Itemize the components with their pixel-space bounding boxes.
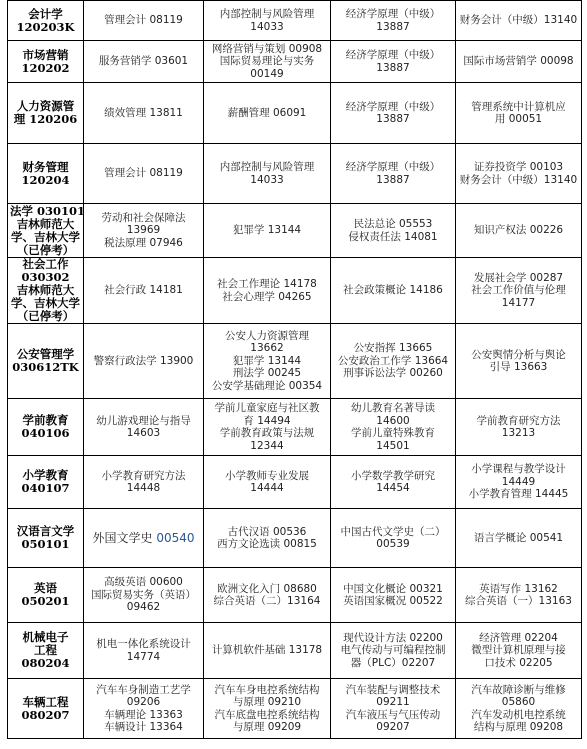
course-cell: 公安人力资源管理13662犯罪学 13144刑法学 00245公安学基础理论 0… (204, 324, 331, 399)
course-line: 内部控制与风险管理 (206, 161, 328, 174)
course-cell: 薪酬管理 06091 (204, 83, 331, 144)
course-line: 综合英语（二）13164 (206, 595, 328, 608)
course-cell: 绩效管理 13811 (84, 83, 204, 144)
course-line: 车辆理论 13363 (86, 709, 201, 722)
course-line: 社会工作理论 14178 (206, 278, 328, 291)
course-line: 与原理 09209 (206, 721, 328, 734)
course-line: 经济学原理（中级） (333, 49, 453, 62)
course-line: 机电一体化系统设计 (86, 638, 201, 651)
table-row: 小学教育040107小学教育研究方法14448小学教师专业发展14444小学数学… (8, 456, 582, 509)
course-cell: 经济学原理（中级）13887 (331, 83, 456, 144)
course-line: 税法原理 07946 (86, 237, 201, 250)
course-line: 公安政治工作学 13664 (333, 355, 453, 368)
course-line: 国际市场营销学 00098 (458, 55, 579, 68)
major-line: 120204 (10, 174, 81, 187)
course-line: 财务会计（中级）13140 (458, 174, 579, 187)
course-line: 14444 (206, 482, 328, 495)
major-line: （已停考） (10, 310, 81, 323)
course-line: 小学教师专业发展 (206, 470, 328, 483)
course-cell: 国际市场营销学 00098 (456, 41, 582, 83)
major-cell: 学前教育040106 (8, 399, 84, 456)
course-line: 14177 (458, 297, 579, 310)
course-line: 刑法学 00245 (206, 367, 328, 380)
course-cell: 汽车车身制造工艺学09206车辆理论 13363车辆设计 13364 (84, 679, 204, 739)
course-line: 财务会计（中级）13140 (458, 14, 579, 27)
course-line: 汽车车身电控系统结构 (206, 684, 328, 697)
course-cell: 学前儿童家庭与社区教育 14494学前教育政策与法规12344 (204, 399, 331, 456)
course-line: 13887 (333, 62, 453, 75)
course-cell: 小学数学教学研究14454 (331, 456, 456, 509)
course-line: 学前教育政策与法规 (206, 427, 328, 440)
course-line: 14774 (86, 651, 201, 664)
course-line: 西方文论选读 00815 (206, 538, 328, 551)
course-line: 学前儿童特殊教育 (333, 427, 453, 440)
course-line: 13887 (333, 113, 453, 126)
course-line: 经济学原理（中级） (333, 8, 453, 21)
major-cell: 小学教育040107 (8, 456, 84, 509)
course-line: 公安人力资源管理 (206, 330, 328, 343)
course-line: 13213 (458, 427, 579, 440)
course-cell: 内部控制与风险管理14033 (204, 1, 331, 41)
course-line: 公安学基础理论 00354 (206, 380, 328, 393)
course-line: 14033 (206, 174, 328, 187)
course-cell: 汽车故障诊断与维修05860汽车发动机电控系统结构与原理 09208 (456, 679, 582, 739)
course-line: 侵权责任法 14081 (333, 231, 453, 244)
course-line: 12344 (206, 440, 328, 453)
course-line: 09462 (86, 601, 201, 614)
course-line: 汽车故障诊断与维修 (458, 684, 579, 697)
course-line: 13969 (86, 224, 201, 237)
course-line: 05860 (458, 696, 579, 709)
exam-course-table: 会计学120203K管理会计 08119内部控制与风险管理14033经济学原理（… (7, 0, 582, 739)
course-cell: 学前教育研究方法13213 (456, 399, 582, 456)
major-cell: 会计学120203K (8, 1, 84, 41)
course-line: 薪酬管理 06091 (206, 107, 328, 120)
course-line: 小学教育管理 14445 (458, 488, 579, 501)
major-cell: 公安管理学030612TK (8, 324, 84, 399)
course-cell: 经济学原理（中级）13887 (331, 144, 456, 204)
table-row: 人力资源管理 120206绩效管理 13811薪酬管理 06091经济学原理（中… (8, 83, 582, 144)
course-line: 用 00051 (458, 113, 579, 126)
course-line: 车辆设计 13364 (86, 721, 201, 734)
course-line: 00149 (206, 68, 328, 81)
course-line: 幼儿教育名著导读 (333, 402, 453, 415)
major-line: 080204 (10, 657, 81, 670)
course-line: 犯罪学 13144 (206, 355, 328, 368)
major-line: 040106 (10, 427, 81, 440)
course-cell: 网络营销与策划 00908国际贸易理论与实务00149 (204, 41, 331, 83)
course-line: 社会心理学 04265 (206, 291, 328, 304)
table-row: 社会工作030302吉林师范大学、吉林大学（已停考）社会行政 14181社会工作… (8, 258, 582, 324)
course-cell: 中国古代文学史（二）00539 (331, 509, 456, 568)
major-line: 学、吉林大学 (10, 231, 81, 244)
course-line: 14448 (86, 482, 201, 495)
course-cell: 高级英语 00600国际贸易实务（英语）09462 (84, 568, 204, 623)
course-line: 高级英语 00600 (86, 576, 201, 589)
course-line: 口技术 02205 (458, 657, 579, 670)
course-line: 警察行政法学 13900 (86, 355, 201, 368)
major-line: 040107 (10, 482, 81, 495)
course-line: 经济管理 02204 (458, 632, 579, 645)
course-line: 09207 (333, 721, 453, 734)
table-row: 市场营销120202服务营销学 03601网络营销与策划 00908国际贸易理论… (8, 41, 582, 83)
major-line: 吉林师范大 (10, 218, 81, 231)
course-line: 计算机软件基础 13178 (206, 644, 328, 657)
course-cell: 欧洲文化入门 08680综合英语（二）13164 (204, 568, 331, 623)
course-line: 网络营销与策划 00908 (206, 43, 328, 56)
course-line: 小学教育研究方法 (86, 470, 201, 483)
major-line: 120203K (10, 21, 81, 34)
course-line: 外国文学史 00540 (86, 532, 201, 545)
course-line: 服务营销学 03601 (86, 55, 201, 68)
course-cell: 现代设计方法 02200电气传动与可编程控制器（PLC）02207 (331, 623, 456, 679)
table-row: 法学 030101K吉林师范大学、吉林大学（已停考）劳动和社会保障法13969税… (8, 204, 582, 258)
course-cell: 幼儿游戏理论与指导14603 (84, 399, 204, 456)
course-line: 绩效管理 13811 (86, 107, 201, 120)
course-cell: 经济学原理（中级）13887 (331, 1, 456, 41)
course-line: 英语写作 13162 (458, 583, 579, 596)
course-cell: 经济学原理（中级）13887 (331, 41, 456, 83)
course-line: 知识产权法 00226 (458, 224, 579, 237)
course-cell: 社会工作理论 14178社会心理学 04265 (204, 258, 331, 324)
major-cell: 社会工作030302吉林师范大学、吉林大学（已停考） (8, 258, 84, 324)
table-row: 财务管理120204管理会计 08119内部控制与风险管理14033经济学原理（… (8, 144, 582, 204)
major-cell: 法学 030101K吉林师范大学、吉林大学（已停考） (8, 204, 84, 258)
table-row: 车辆工程080207汽车车身制造工艺学09206车辆理论 13363车辆设计 1… (8, 679, 582, 739)
course-line: 小学课程与教学设计 (458, 463, 579, 476)
major-cell: 英语050201 (8, 568, 84, 623)
table-row: 学前教育040106幼儿游戏理论与指导14603学前儿童家庭与社区教育 1449… (8, 399, 582, 456)
course-line: 育 14494 (206, 415, 328, 428)
course-line: 09211 (333, 696, 453, 709)
course-cell: 财务会计（中级）13140 (456, 1, 582, 41)
table-body: 会计学120203K管理会计 08119内部控制与风险管理14033经济学原理（… (8, 1, 582, 739)
major-line: 050101 (10, 538, 81, 551)
major-line: 车辆工程 (10, 696, 81, 709)
course-line: 公安指挥 13665 (333, 342, 453, 355)
table-row: 汉语言文学050101外国文学史 00540古代汉语 00536西方文论选读 0… (8, 509, 582, 568)
course-line: 经济学原理（中级） (333, 161, 453, 174)
course-cell: 社会政策概论 14186 (331, 258, 456, 324)
course-line: 民法总论 05553 (333, 218, 453, 231)
major-line: 050201 (10, 595, 81, 608)
table-row: 英语050201高级英语 00600国际贸易实务（英语）09462欧洲文化入门 … (8, 568, 582, 623)
major-cell: 车辆工程080207 (8, 679, 84, 739)
course-line: 国际贸易理论与实务 (206, 55, 328, 68)
course-line: 学前儿童家庭与社区教 (206, 402, 328, 415)
course-cell: 劳动和社会保障法13969税法原理 07946 (84, 204, 204, 258)
course-line: 电气传动与可编程控制 (333, 644, 453, 657)
major-cell: 财务管理120204 (8, 144, 84, 204)
course-cell: 公安指挥 13665公安政治工作学 13664刑事诉讼法学 00260 (331, 324, 456, 399)
course-cell: 汽车装配与调整技术09211汽车液压与气压传动09207 (331, 679, 456, 739)
major-line: 理 120206 (10, 113, 81, 126)
course-cell: 英语写作 13162综合英语（一）13163 (456, 568, 582, 623)
course-line: 引导 13663 (458, 361, 579, 374)
course-cell: 民法总论 05553侵权责任法 14081 (331, 204, 456, 258)
course-cell: 小学教师专业发展14444 (204, 456, 331, 509)
course-line: 劳动和社会保障法 (86, 212, 201, 225)
course-cell: 犯罪学 13144 (204, 204, 331, 258)
course-cell: 社会行政 14181 (84, 258, 204, 324)
course-line: 汽车发动机电控系统 (458, 709, 579, 722)
major-line: 财务管理 (10, 161, 81, 174)
course-line: 小学数学教学研究 (333, 470, 453, 483)
course-line: 09206 (86, 696, 201, 709)
major-cell: 机械电子工程080204 (8, 623, 84, 679)
course-line: 学前教育研究方法 (458, 415, 579, 428)
course-cell: 汽车车身电控系统结构与原理 09210汽车底盘电控系统结构与原理 09209 (204, 679, 331, 739)
course-cell: 警察行政法学 13900 (84, 324, 204, 399)
course-line: 中国古代文学史（二） (333, 526, 453, 539)
course-line: 14600 (333, 415, 453, 428)
major-line: 120202 (10, 62, 81, 75)
table-row: 会计学120203K管理会计 08119内部控制与风险管理14033经济学原理（… (8, 1, 582, 41)
course-line: 英语国家概况 00522 (333, 595, 453, 608)
course-cell: 中国文化概论 00321英语国家概况 00522 (331, 568, 456, 623)
course-line: 现代设计方法 02200 (333, 632, 453, 645)
course-line: 14501 (333, 440, 453, 453)
course-line: 公安舆情分析与舆论 (458, 349, 579, 362)
course-cell: 机电一体化系统设计14774 (84, 623, 204, 679)
course-line: 证券投资学 00103 (458, 161, 579, 174)
course-line: 14603 (86, 427, 201, 440)
course-line: 犯罪学 13144 (206, 224, 328, 237)
course-line: 13662 (206, 342, 328, 355)
course-cell: 小学教育研究方法14448 (84, 456, 204, 509)
course-line: 00539 (333, 538, 453, 551)
course-line: 汽车底盘电控系统结构 (206, 709, 328, 722)
course-cell: 服务营销学 03601 (84, 41, 204, 83)
course-cell: 管理会计 08119 (84, 144, 204, 204)
major-cell: 人力资源管理 120206 (8, 83, 84, 144)
course-line: 社会政策概论 14186 (333, 284, 453, 297)
course-line: 内部控制与风险管理 (206, 8, 328, 21)
course-cell: 公安舆情分析与舆论引导 13663 (456, 324, 582, 399)
course-cell: 幼儿教育名著导读14600学前儿童特殊教育14501 (331, 399, 456, 456)
course-line: 14454 (333, 482, 453, 495)
course-cell: 管理系统中计算机应用 00051 (456, 83, 582, 144)
major-line: 法学 030101K (10, 205, 81, 218)
course-line: 13887 (333, 174, 453, 187)
course-line: 13887 (333, 21, 453, 34)
major-line: 030612TK (10, 361, 81, 374)
course-line: 语言学概论 00541 (458, 532, 579, 545)
course-line: 发展社会学 00287 (458, 272, 579, 285)
table-row: 公安管理学030612TK警察行政法学 13900公安人力资源管理13662犯罪… (8, 324, 582, 399)
course-line: 综合英语（一）13163 (458, 595, 579, 608)
course-line: 管理会计 08119 (86, 167, 201, 180)
course-line: 社会行政 14181 (86, 284, 201, 297)
course-line: 14033 (206, 21, 328, 34)
course-line: 欧洲文化入门 08680 (206, 583, 328, 596)
course-line: 社会工作价值与伦理 (458, 284, 579, 297)
course-line: 汽车液压与气压传动 (333, 709, 453, 722)
major-line: 市场营销 (10, 49, 81, 62)
course-line: 古代汉语 00536 (206, 526, 328, 539)
course-line: 汽车车身制造工艺学 (86, 684, 201, 697)
major-line: 会计学 (10, 8, 81, 21)
course-cell: 小学课程与教学设计14449小学教育管理 14445 (456, 456, 582, 509)
course-line: 幼儿游戏理论与指导 (86, 415, 201, 428)
course-line: 器（PLC）02207 (333, 657, 453, 670)
major-cell: 市场营销120202 (8, 41, 84, 83)
course-line: 中国文化概论 00321 (333, 583, 453, 596)
course-line: 微型计算机原理与接 (458, 644, 579, 657)
course-cell: 管理会计 08119 (84, 1, 204, 41)
course-line: 14449 (458, 476, 579, 489)
course-line: 结构与原理 09208 (458, 721, 579, 734)
course-cell: 经济管理 02204微型计算机原理与接口技术 02205 (456, 623, 582, 679)
course-line: 汽车装配与调整技术 (333, 684, 453, 697)
course-line: 管理会计 08119 (86, 14, 201, 27)
course-cell: 语言学概论 00541 (456, 509, 582, 568)
course-cell: 发展社会学 00287社会工作价值与伦理14177 (456, 258, 582, 324)
course-cell: 证券投资学 00103财务会计（中级）13140 (456, 144, 582, 204)
course-cell: 知识产权法 00226 (456, 204, 582, 258)
course-cell: 古代汉语 00536西方文论选读 00815 (204, 509, 331, 568)
course-cell: 外国文学史 00540 (84, 509, 204, 568)
major-line: （已停考） (10, 244, 81, 257)
course-line: 经济学原理（中级） (333, 101, 453, 114)
major-line: 080207 (10, 709, 81, 722)
course-cell: 计算机软件基础 13178 (204, 623, 331, 679)
major-cell: 汉语言文学050101 (8, 509, 84, 568)
course-line: 刑事诉讼法学 00260 (333, 367, 453, 380)
course-line: 管理系统中计算机应 (458, 101, 579, 114)
course-line: 与原理 09210 (206, 696, 328, 709)
course-cell: 内部控制与风险管理14033 (204, 144, 331, 204)
table-row: 机械电子工程080204机电一体化系统设计14774计算机软件基础 13178现… (8, 623, 582, 679)
course-line: 国际贸易实务（英语） (86, 589, 201, 602)
